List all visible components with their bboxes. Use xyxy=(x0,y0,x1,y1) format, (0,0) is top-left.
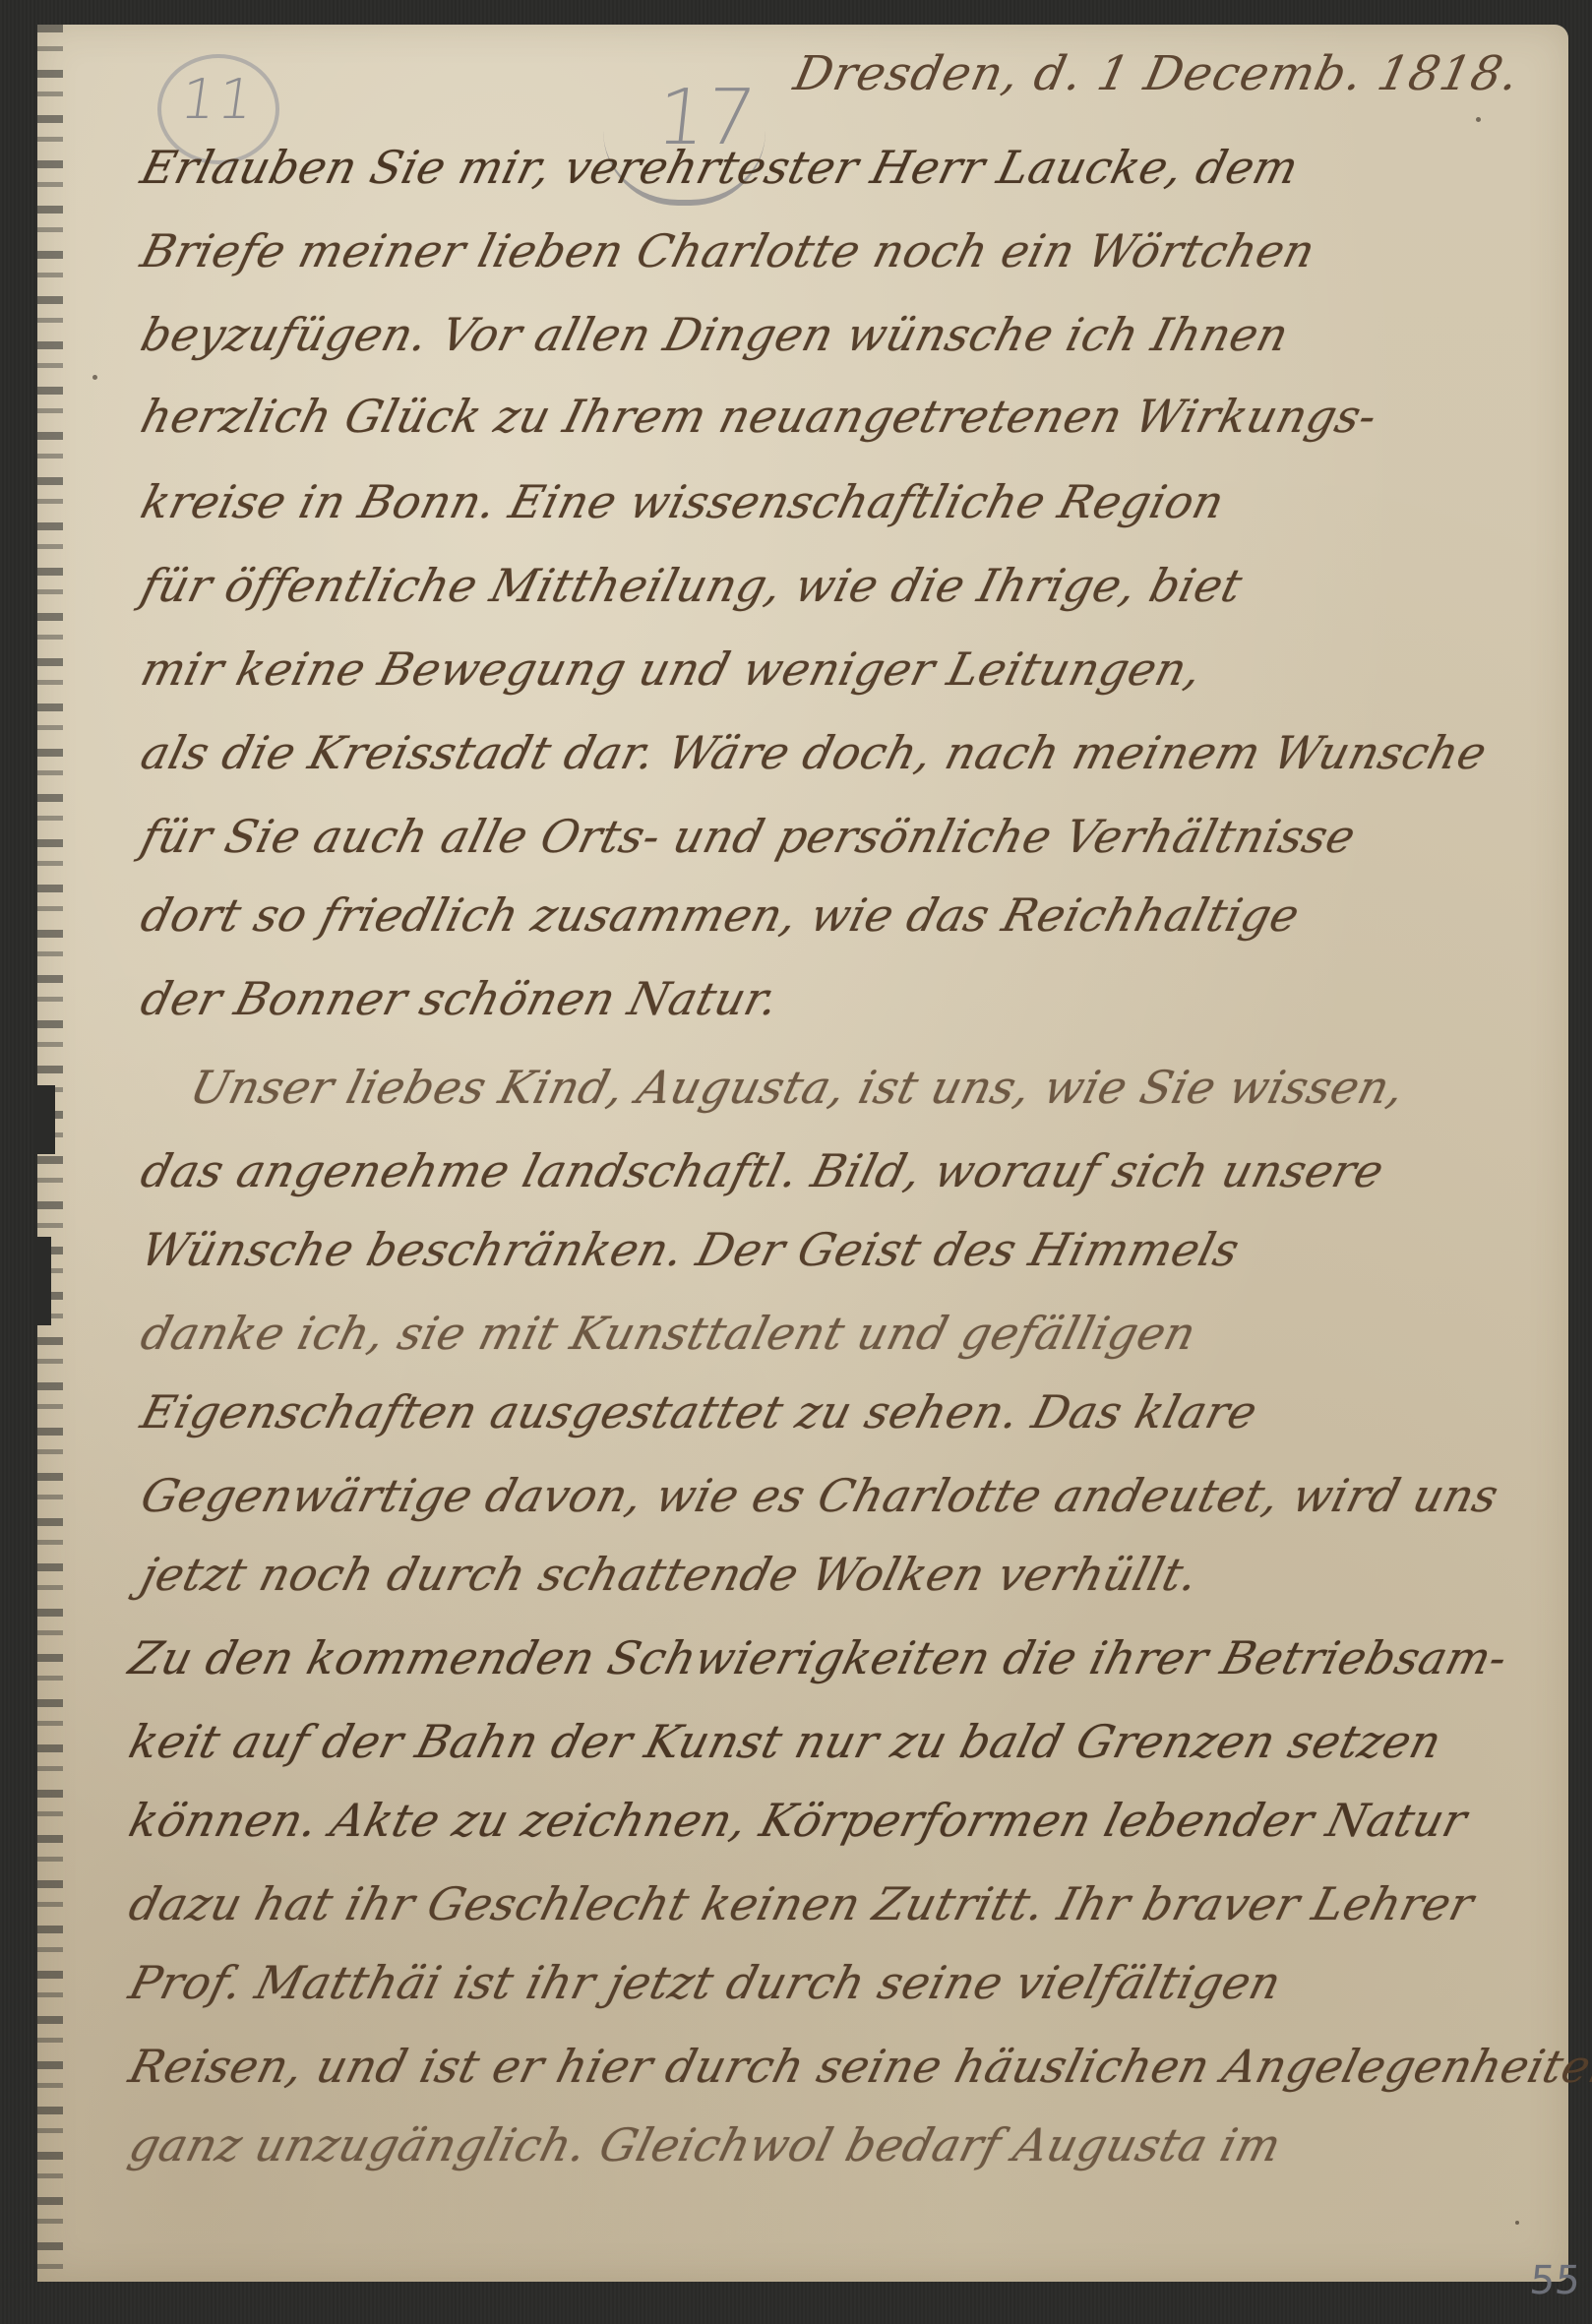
letter-line-11: der Bonner schönen Natur. xyxy=(136,972,784,1025)
letter-line-14: Wünsche beschränken. Der Geist des Himme… xyxy=(136,1223,1245,1276)
archive-number: 11 xyxy=(176,68,259,132)
letter-line-3: beyzufügen. Vor allen Dingen wünsche ich… xyxy=(136,308,1294,361)
letter-page: 11 17 Dresden, d. 1 Decemb. 1818. Erlaub… xyxy=(37,25,1568,2282)
place-date: Dresden, d. 1 Decemb. 1818. xyxy=(789,46,1524,101)
letter-line-10: dort so friedlich zusammen, wie das Reic… xyxy=(136,888,1305,942)
letter-line-4: herzlich Glück zu Ihrem neuangetretenen … xyxy=(136,390,1382,443)
letter-line-9: für Sie auch alle Orts- und persönliche … xyxy=(136,810,1361,863)
ink-speck xyxy=(1515,2221,1519,2225)
letter-line-12: Unser liebes Kind, Augusta, ist uns, wie… xyxy=(185,1061,1410,1114)
letter-line-17: Gegenwärtige davon, wie es Charlotte and… xyxy=(136,1469,1504,1522)
letter-line-21: können. Akte zu zeichnen, Körperformen l… xyxy=(124,1794,1473,1847)
letter-line-25: ganz unzugänglich. Gleichwol bedarf Augu… xyxy=(124,2118,1287,2171)
letter-line-20: keit auf der Bahn der Kunst nur zu bald … xyxy=(124,1715,1447,1768)
letter-line-5: kreise in Bonn. Eine wissenschaftliche R… xyxy=(136,475,1230,528)
letter-line-8: als die Kreisstadt dar. Wäre doch, nach … xyxy=(136,726,1493,779)
letter-line-6: für öffentliche Mittheilung, wie die Ihr… xyxy=(136,559,1248,612)
letter-line-18: jetzt noch durch schattende Wolken verhü… xyxy=(136,1548,1204,1601)
letter-line-23: Prof. Matthäi ist ihr jetzt durch seine … xyxy=(124,1956,1287,2009)
letter-line-7: mir keine Bewegung und weniger Leitungen… xyxy=(136,642,1207,696)
letter-line-15: danke ich, sie mit Kunsttalent und gefäl… xyxy=(136,1307,1201,1360)
letter-line-1: Erlauben Sie mir, verehrtester Herr Lauc… xyxy=(136,141,1304,194)
letter-line-13: das angenehme landschaftl. Bild, worauf … xyxy=(136,1144,1389,1197)
letter-line-22: dazu hat ihr Geschlecht keinen Zutritt. … xyxy=(124,1877,1479,1930)
letter-line-16: Eigenschaften ausgestattet zu sehen. Das… xyxy=(136,1385,1262,1438)
ink-speck xyxy=(1476,117,1481,122)
ink-speck xyxy=(92,375,97,380)
edge-tear xyxy=(33,1237,51,1325)
letter-line-19: Zu den kommenden Schwierigkeiten die ihr… xyxy=(124,1631,1513,1684)
letter-line-24: Reisen, und ist er hier durch seine häus… xyxy=(124,2040,1592,2093)
letter-line-2: Briefe meiner lieben Charlotte noch ein … xyxy=(136,224,1320,277)
edge-tear xyxy=(33,1085,55,1154)
page-number: 55 xyxy=(1528,2258,1583,2303)
